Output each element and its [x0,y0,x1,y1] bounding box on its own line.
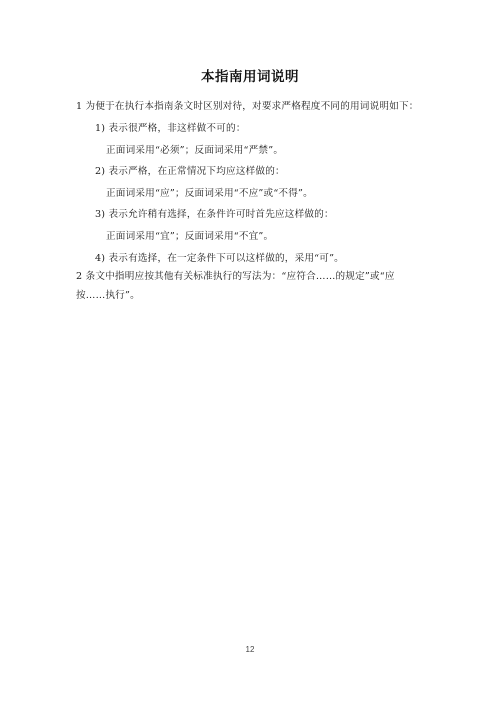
page-number: 12 [0,645,500,654]
sub-item-3: 3) 表示允许稍有选择，在条件许可时首先应这样做的： [95,206,334,220]
sub-item-2-detail: 正面词采用“应”；反面词采用“不应”或“不得”。 [106,185,313,199]
sub-item-1-detail: 正面词采用“必须”；反面词采用“严禁”。 [106,142,283,156]
sub-item-1: 1) 表示很严格，非这样做不可的： [95,120,246,134]
sub-item-3-detail: 正面词采用“宜”；反面词采用“不宜”。 [106,228,273,242]
clause-1: 1 为便于在执行本指南条文时区别对待，对要求严格程度不同的用词说明如下： [76,98,419,112]
sub-item-4: 4) 表示有选择，在一定条件下可以这样做的，采用“可”。 [95,250,344,264]
page-title: 本指南用词说明 [0,65,500,85]
clause-2-continued: 按……执行”。 [76,287,140,301]
clause-2: 2 条文中指明应按其他有关标准执行的写法为：“应符合……的规定”或“应 [76,268,395,282]
sub-item-2: 2) 表示严格，在正常情况下均应这样做的： [95,163,285,177]
